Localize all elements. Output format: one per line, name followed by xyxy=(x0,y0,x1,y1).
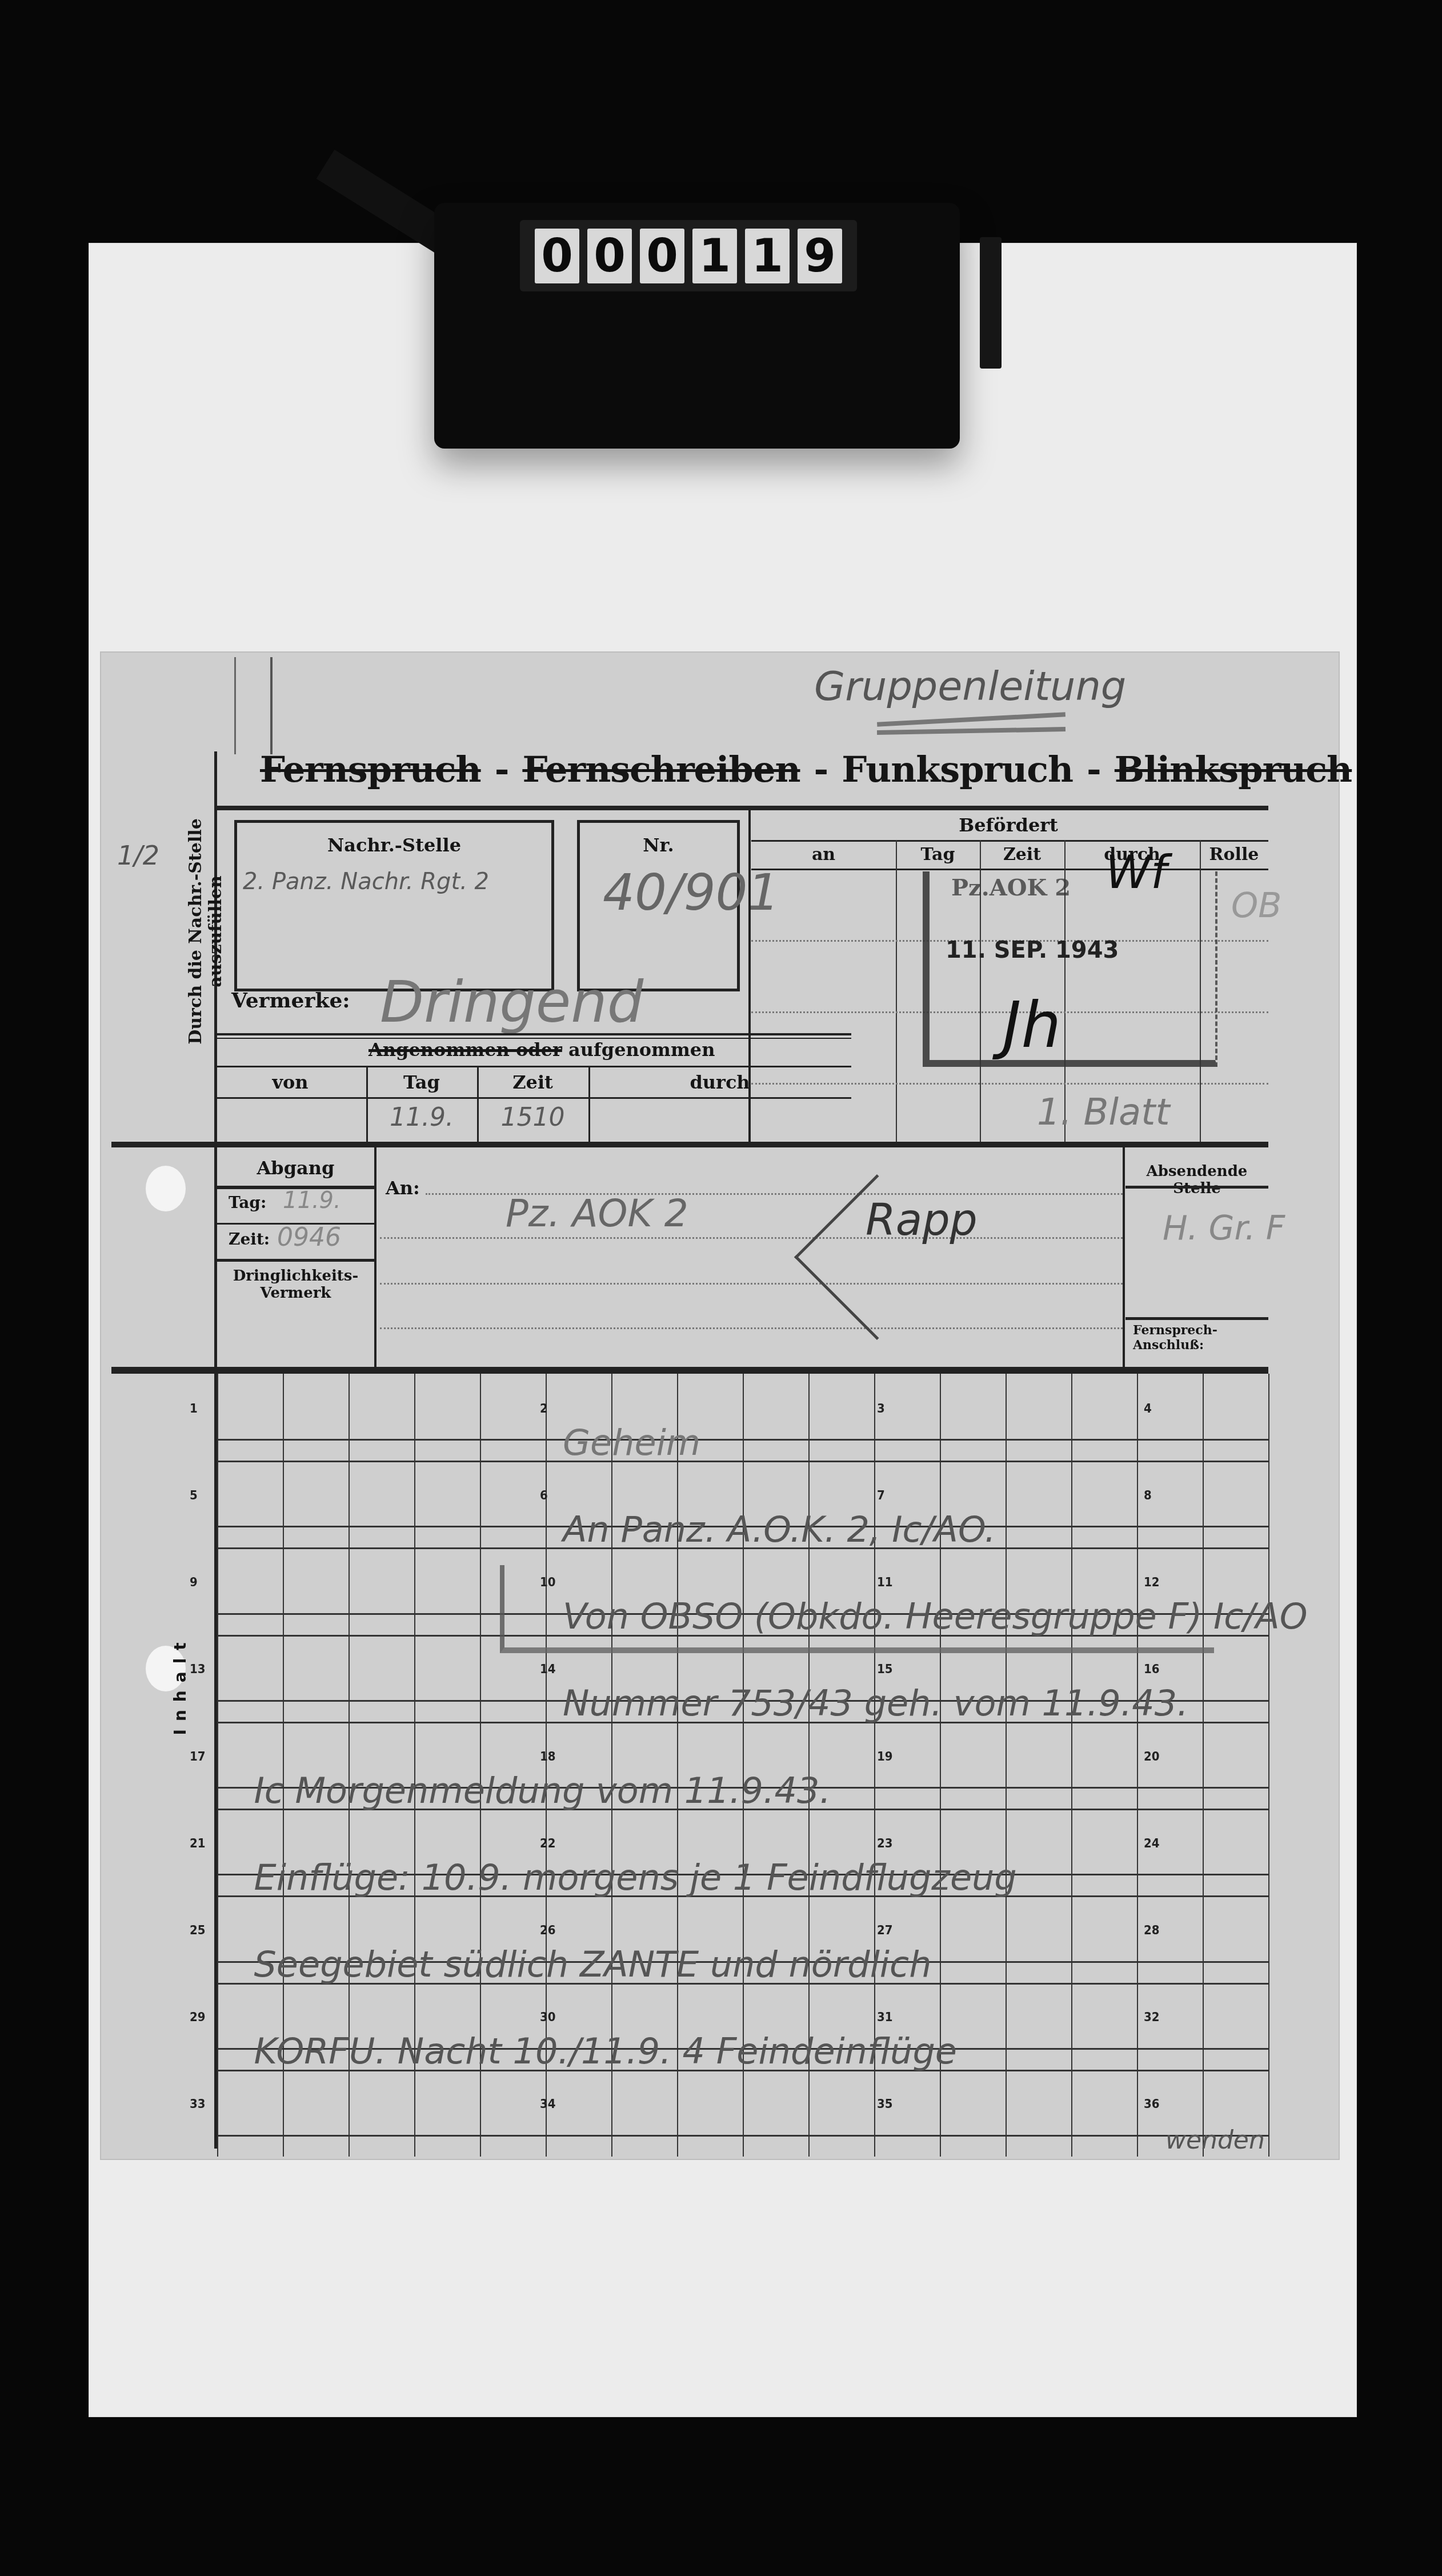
grid-col-line xyxy=(1203,1374,1204,2157)
an-label: An: xyxy=(386,1177,420,1199)
aufgenommen-label: aufgenommen xyxy=(568,1039,715,1061)
stamp-date: 11. SEP. 1943 xyxy=(946,937,1119,963)
message-line: Ic Morgenmeldung vom 11.9.43. xyxy=(254,1770,831,1811)
grid-number: 2 xyxy=(540,1402,548,1416)
bracket-mark xyxy=(500,1565,1214,1654)
col-zeit: Zeit xyxy=(477,1071,588,1093)
grid-col-line xyxy=(1137,1374,1138,2157)
footer-note: wenden xyxy=(1165,2126,1265,2155)
title-option-funkspruch: Funkspruch xyxy=(842,749,1073,790)
dotted-row xyxy=(380,1327,1123,1329)
message-line: Geheim xyxy=(563,1422,700,1463)
counter-digit: 9 xyxy=(798,229,842,283)
grid-number: 13 xyxy=(190,1662,206,1677)
side-label: Durch die Nachr.-Stelle auszufüllen xyxy=(186,783,209,1080)
underline-stroke xyxy=(877,712,1066,726)
initials-signature: Wf xyxy=(1105,846,1167,899)
abgang-zeit-label: Zeit: xyxy=(229,1230,270,1249)
section-divider xyxy=(748,809,751,1143)
rule xyxy=(1125,1186,1268,1189)
grid-number: 15 xyxy=(877,1662,893,1677)
befoerdert-label: Befördert xyxy=(751,814,1265,836)
message-line: Seegebiet südlich ZANTE und nördlich xyxy=(254,1943,932,1985)
abgang-tag-label: Tag: xyxy=(229,1193,266,1212)
nachr-stelle-value: 2. Panz. Nachr. Rgt. 2 xyxy=(243,869,489,895)
counter-window: 0 0 0 1 1 9 xyxy=(520,220,857,291)
dotted-row xyxy=(751,1083,1268,1085)
col-zeit: Zeit xyxy=(980,845,1064,865)
dotted-row xyxy=(380,1283,1123,1285)
angenommen-struck: Angenommen oder xyxy=(368,1039,562,1061)
col-durch: durch xyxy=(588,1071,851,1093)
col-divider xyxy=(1123,1147,1125,1369)
grid-number: 9 xyxy=(190,1575,198,1590)
margin-note: 1/2 xyxy=(117,840,159,871)
grid-number: 26 xyxy=(540,1923,556,1938)
frame-counter-device: 0 0 0 1 1 9 xyxy=(434,203,960,449)
rolle-value: OB xyxy=(1231,886,1281,926)
col-rolle: Rolle xyxy=(1200,845,1268,865)
grid-col-line xyxy=(217,1374,218,2157)
counter-digit: 0 xyxy=(587,229,632,283)
grid-row-line xyxy=(217,1461,1268,1462)
underline-stroke xyxy=(877,727,1066,735)
dotted-row xyxy=(380,1237,1123,1239)
abgang-label: Abgang xyxy=(217,1157,374,1179)
col-tag: Tag xyxy=(896,845,980,865)
an-value: Pz. AOK 2 xyxy=(506,1191,688,1235)
grid-number: 35 xyxy=(877,2097,893,2111)
rule xyxy=(751,869,1268,870)
grid-number: 31 xyxy=(877,2010,893,2025)
grid-number: 25 xyxy=(190,1923,206,1938)
initials-signature: Jh xyxy=(1003,989,1061,1062)
counter-digit: 0 xyxy=(535,229,579,283)
message-grid: 1234567891011121314151617181920212223242… xyxy=(217,1374,1268,2157)
rule xyxy=(111,1142,1268,1147)
sheet-note: 1. Blatt xyxy=(1037,1091,1170,1134)
rule xyxy=(217,1259,374,1262)
grid-number: 19 xyxy=(877,1750,893,1764)
rule xyxy=(214,1033,851,1035)
nachr-stelle-box: Nachr.-Stelle 2. Panz. Nachr. Rgt. 2 xyxy=(234,820,554,991)
punch-hole xyxy=(146,1166,186,1211)
grid-col-line xyxy=(1006,1374,1007,2157)
grid-number: 30 xyxy=(540,2010,556,2025)
message-line: An Panz. A.O.K. 2, Ic/AO. xyxy=(563,1509,996,1550)
counter-digit: 1 xyxy=(692,229,737,283)
col-an: an xyxy=(751,845,896,865)
title-option-fernschreiben: Fernschreiben xyxy=(522,749,800,790)
grid-number: 21 xyxy=(190,1837,206,1851)
grid-number: 17 xyxy=(190,1750,206,1764)
rule xyxy=(214,806,1268,810)
grid-row-line xyxy=(217,2135,1268,2137)
grid-number: 22 xyxy=(540,1837,556,1851)
fold-mark xyxy=(234,657,236,754)
aufgenommen-zeit-value: 1510 xyxy=(477,1103,588,1132)
grid-row-line xyxy=(217,1439,1268,1441)
form-title: Fernspruch-Fernschreiben-Funkspruch-Blin… xyxy=(260,749,1345,790)
nr-box: Nr. 40/901 xyxy=(577,820,740,991)
grid-number: 27 xyxy=(877,1923,893,1938)
aufgenommen-tag-value: 11.9. xyxy=(366,1103,477,1132)
dringlichkeit-label: Dringlichkeits-Vermerk xyxy=(217,1267,374,1302)
grid-number: 5 xyxy=(190,1489,198,1503)
abgang-tag-value: 11.9. xyxy=(283,1187,341,1214)
fold-mark xyxy=(270,657,273,754)
counter-digit: 0 xyxy=(640,229,684,283)
message-line: KORFU. Nacht 10./11.9. 4 Feindeinflüge xyxy=(254,2030,957,2072)
absendende-stelle-value: H. Gr. F xyxy=(1163,1209,1285,1247)
title-separator: - xyxy=(495,749,509,790)
grid-number: 16 xyxy=(1144,1662,1160,1677)
title-separator: - xyxy=(1087,749,1101,790)
counter-digit: 1 xyxy=(745,229,790,283)
abgang-zeit-value: 0946 xyxy=(277,1223,341,1252)
grid-number: 6 xyxy=(540,1489,548,1503)
col-divider xyxy=(896,840,897,1143)
grid-number: 28 xyxy=(1144,1923,1160,1938)
message-line: Nummer 753/43 geh. vom 11.9.43. xyxy=(563,1682,1188,1724)
grid-number: 33 xyxy=(190,2097,206,2111)
grid-number: 3 xyxy=(877,1402,885,1416)
grid-number: 29 xyxy=(190,2010,206,2025)
rule xyxy=(1125,1317,1268,1320)
absendende-stelle-label: Absendende Stelle xyxy=(1125,1163,1268,1197)
col-von: von xyxy=(214,1071,366,1093)
grid-number: 7 xyxy=(877,1489,885,1503)
rule xyxy=(214,1066,851,1067)
nr-value: 40/901 xyxy=(603,863,780,922)
vermerke-label: Vermerke: xyxy=(231,989,350,1013)
fernsprech-label: Fernsprech-Anschluß: xyxy=(1133,1323,1236,1353)
top-annotation: Gruppenleitung xyxy=(814,663,1126,710)
title-option-blinkspruch: Blinkspruch xyxy=(1115,749,1352,790)
message-line: Einflüge: 10.9. morgens je 1 Feindflugze… xyxy=(254,1857,1017,1898)
message-form: Gruppenleitung Fernspruch-Fernschreiben-… xyxy=(100,651,1340,2160)
vermerke-value: Dringend xyxy=(380,969,643,1035)
title-option-fernspruch: Fernspruch xyxy=(260,749,481,790)
grid-number: 23 xyxy=(877,1837,893,1851)
nr-label: Nr. xyxy=(580,834,737,856)
col-tag: Tag xyxy=(366,1071,477,1093)
grid-number: 8 xyxy=(1144,1489,1152,1503)
grid-number: 36 xyxy=(1144,2097,1160,2111)
rule xyxy=(751,840,1268,842)
grid-number: 1 xyxy=(190,1402,198,1416)
aufgenommen-heading: Angenommen oder aufgenommen xyxy=(368,1039,715,1061)
grid-number: 34 xyxy=(540,2097,556,2111)
stamp-unit: Pz.AOK 2 xyxy=(951,874,1071,901)
title-separator: - xyxy=(814,749,828,790)
grid-number: 18 xyxy=(540,1750,556,1764)
rule xyxy=(111,1367,1268,1374)
rule xyxy=(214,1097,851,1099)
grid-col-line xyxy=(1071,1374,1072,2157)
grid-number: 4 xyxy=(1144,1402,1152,1416)
grid-col-line xyxy=(1268,1374,1269,2157)
col-divider xyxy=(374,1147,376,1369)
grid-number: 14 xyxy=(540,1662,556,1677)
nachr-stelle-label: Nachr.-Stelle xyxy=(237,834,551,856)
counter-knob xyxy=(980,237,1002,369)
grid-number: 24 xyxy=(1144,1837,1160,1851)
grid-number: 32 xyxy=(1144,2010,1160,2025)
grid-number: 20 xyxy=(1144,1750,1160,1764)
inhalt-label: Inhalt xyxy=(171,1667,190,1735)
